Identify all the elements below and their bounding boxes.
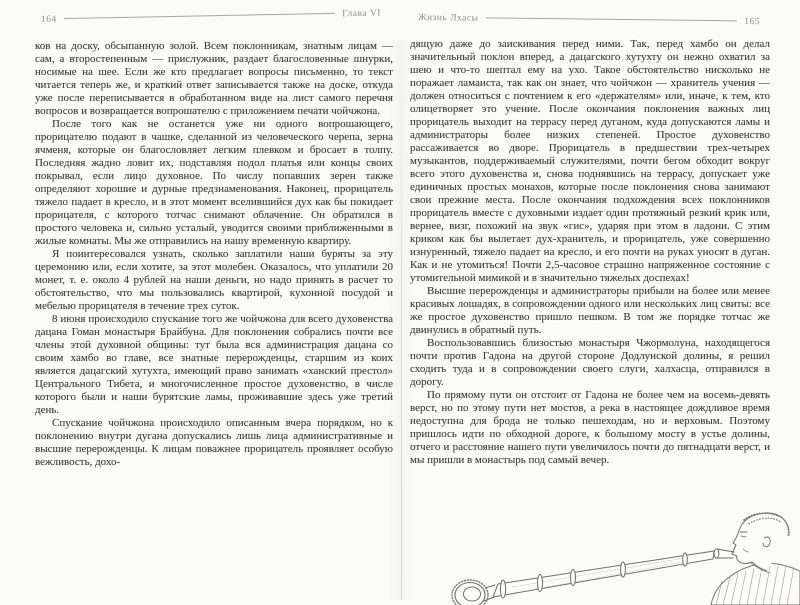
monk-horn-illustration	[450, 505, 800, 605]
running-head-title-right: Жизнь Лхасы	[418, 13, 479, 24]
page-text-right: дящую даже до заискивания перед ними. Та…	[410, 38, 770, 467]
paragraph: Воспользовавшись близостью монастыря Чжо…	[410, 337, 770, 389]
paragraph: По прямому пути он отстоит от Гадона не …	[410, 389, 770, 467]
running-head-title-left: Глава VI	[342, 8, 381, 19]
header-rule-left	[64, 13, 336, 19]
page-left: 164 Глава VI ков на доску, обсыпанную зо…	[35, 0, 395, 469]
page-number-right: 165	[744, 17, 760, 27]
paragraph: После того как не останется уже ни одног…	[35, 118, 393, 248]
paragraph: ков на доску, обсыпанную золой. Всем пок…	[35, 40, 393, 118]
paragraph: Я поинтересовался узнать, сколько заплат…	[35, 248, 393, 313]
paragraph: дящую даже до заискивания перед ними. Та…	[410, 38, 770, 285]
page-right: Жизнь Лхасы 165 дящую даже до заискивани…	[408, 0, 770, 467]
page-text-left: ков на доску, обсыпанную золой. Всем пок…	[35, 40, 393, 469]
page-number-left: 164	[41, 15, 57, 25]
paragraph: Спускание чойчжона происходило описанным…	[35, 417, 393, 469]
running-header-left: 164 Глава VI	[41, 8, 381, 25]
header-rule-right	[486, 17, 738, 21]
paragraph: Высшие перерожденцы и администраторы при…	[410, 285, 770, 337]
running-header-right: Жизнь Лхасы 165	[418, 13, 760, 27]
book-gutter-line	[401, 95, 402, 600]
book-spread: 164 Глава VI ков на доску, обсыпанную зо…	[0, 0, 800, 605]
paragraph: 8 июня происходило спускание того же чой…	[35, 313, 393, 417]
